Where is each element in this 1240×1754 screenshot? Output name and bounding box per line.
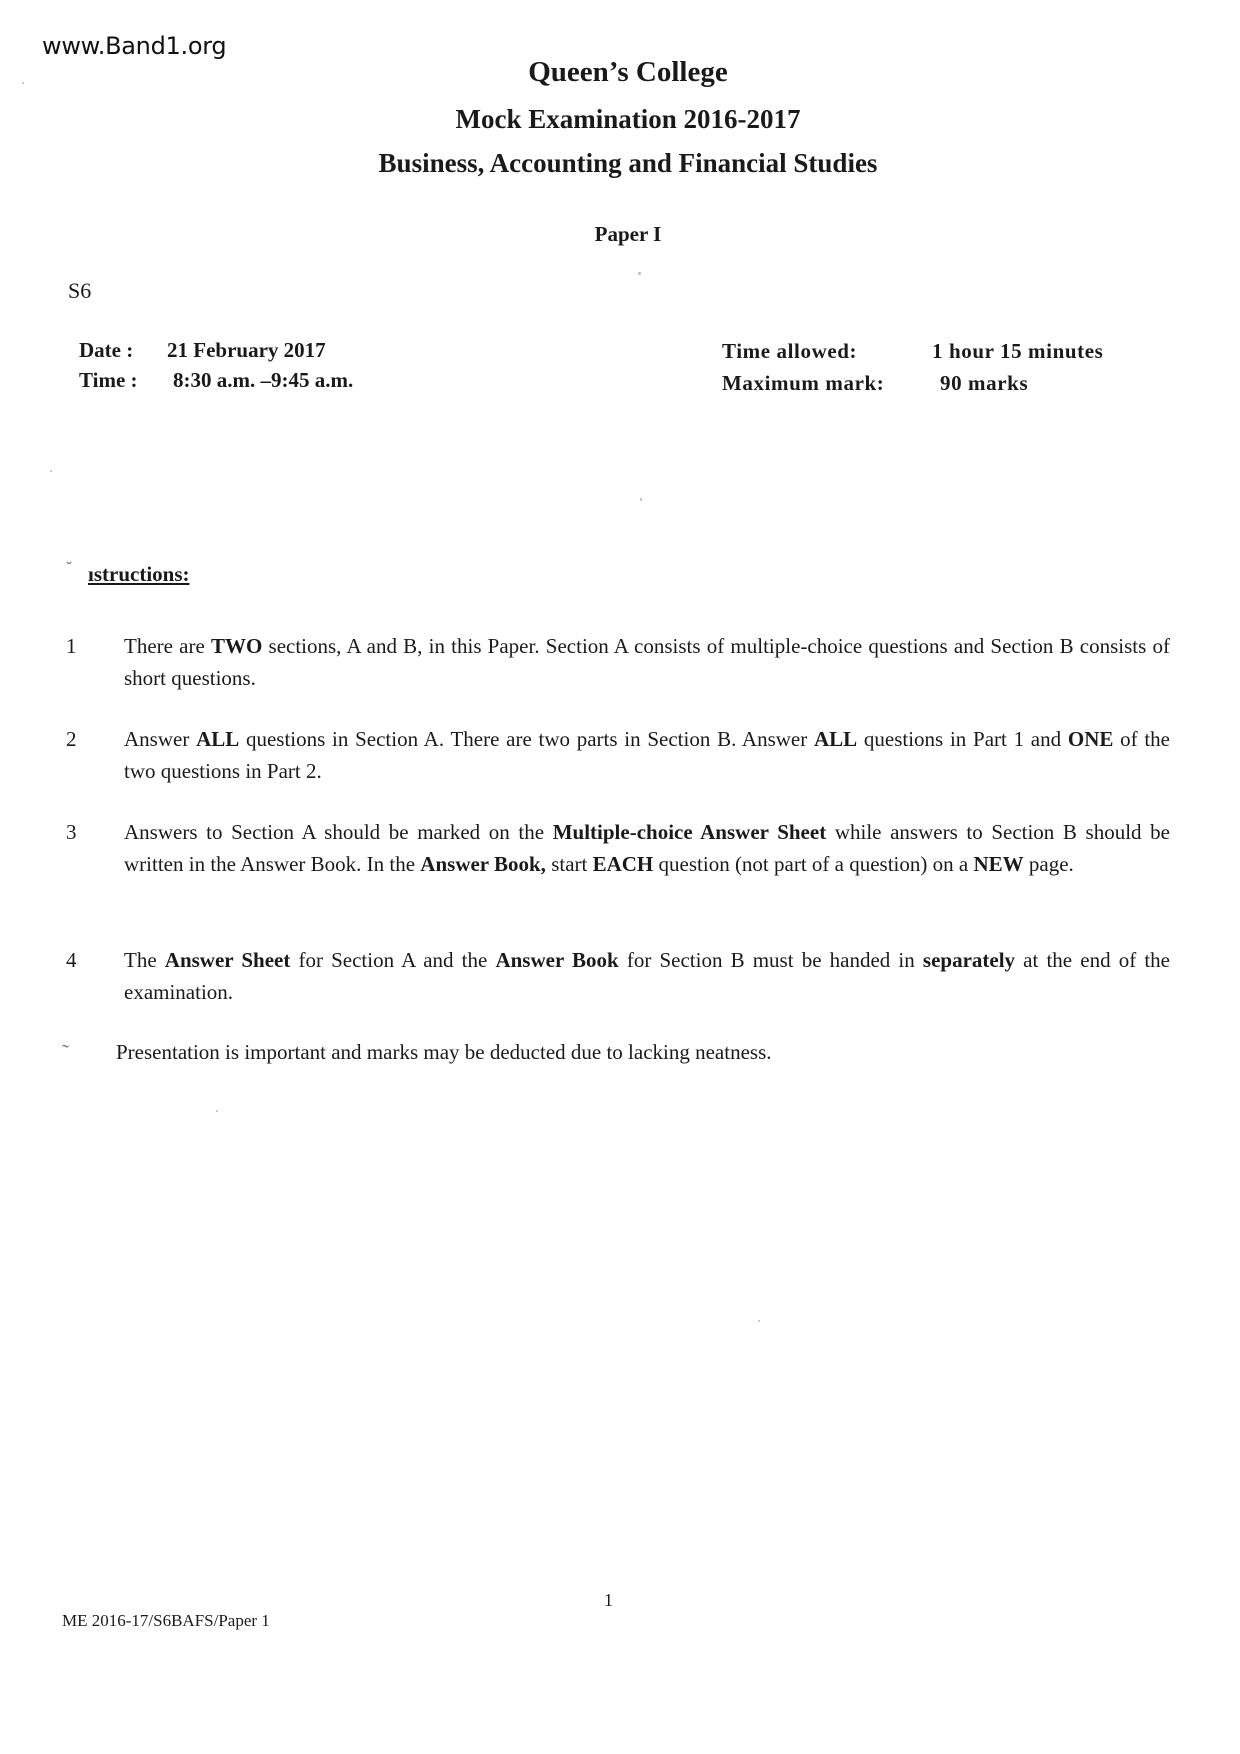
time-label: Time : [79,368,173,393]
instruction-text: Answers to Section A should be marked on… [124,816,1170,880]
scan-speck [216,1110,218,1112]
max-mark-row: Maximum mark:90 marks [722,371,1028,396]
date-value: 21 February 2017 [167,338,326,362]
instruction-item: 1There are TWO sections, A and B, in thi… [60,630,1170,694]
instruction-item: 4The Answer Sheet for Section A and the … [60,944,1170,1008]
exam-title: Mock Examination 2016-2017 [8,104,1240,135]
instruction-item: 2Answer ALL questions in Section A. Ther… [60,723,1170,787]
school-name: Queen’s College [8,56,1240,89]
scan-artifact: ˘ [66,558,72,579]
instruction-item: ˜Presentation is important and marks may… [60,1036,1170,1068]
document-code: ME 2016-17/S6BAFS/Paper 1 [62,1611,270,1631]
time-allowed-row: Time allowed:1 hour 15 minutes [722,339,1103,364]
page-number: 1 [604,1590,613,1611]
instruction-number: 3 [66,816,86,848]
instruction-number: 4 [66,944,86,976]
subject-title: Business, Accounting and Financial Studi… [8,148,1240,179]
scan-speck [758,1320,760,1322]
time-row: Time :8:30 a.m. –9:45 a.m. [79,368,353,393]
instruction-number: 1 [66,630,86,662]
instruction-text: The Answer Sheet for Section A and the A… [124,944,1170,1008]
scan-speck [50,470,52,472]
time-value: 8:30 a.m. –9:45 a.m. [173,368,353,392]
max-mark-label: Maximum mark: [722,371,940,396]
scan-speck [22,82,24,84]
instruction-text: Presentation is important and marks may … [116,1036,1170,1068]
instruction-number: 2 [66,723,86,755]
instruction-number: ˜ [62,1036,82,1068]
date-label: Date : [79,338,167,363]
scan-speck [638,272,641,275]
max-mark-value: 90 marks [940,371,1028,395]
instruction-text: There are TWO sections, A and B, in this… [124,630,1170,694]
time-allowed-value: 1 hour 15 minutes [932,339,1103,363]
instruction-item: 3Answers to Section A should be marked o… [60,816,1170,880]
date-row: Date :21 February 2017 [79,338,326,363]
instruction-text: Answer ALL questions in Section A. There… [124,723,1170,787]
scan-speck [640,498,642,501]
form-level: S6 [68,278,91,304]
time-allowed-label: Time allowed: [722,339,932,364]
instructions-heading: ıstructions: [88,562,190,587]
paper-label: Paper I [8,222,1240,247]
